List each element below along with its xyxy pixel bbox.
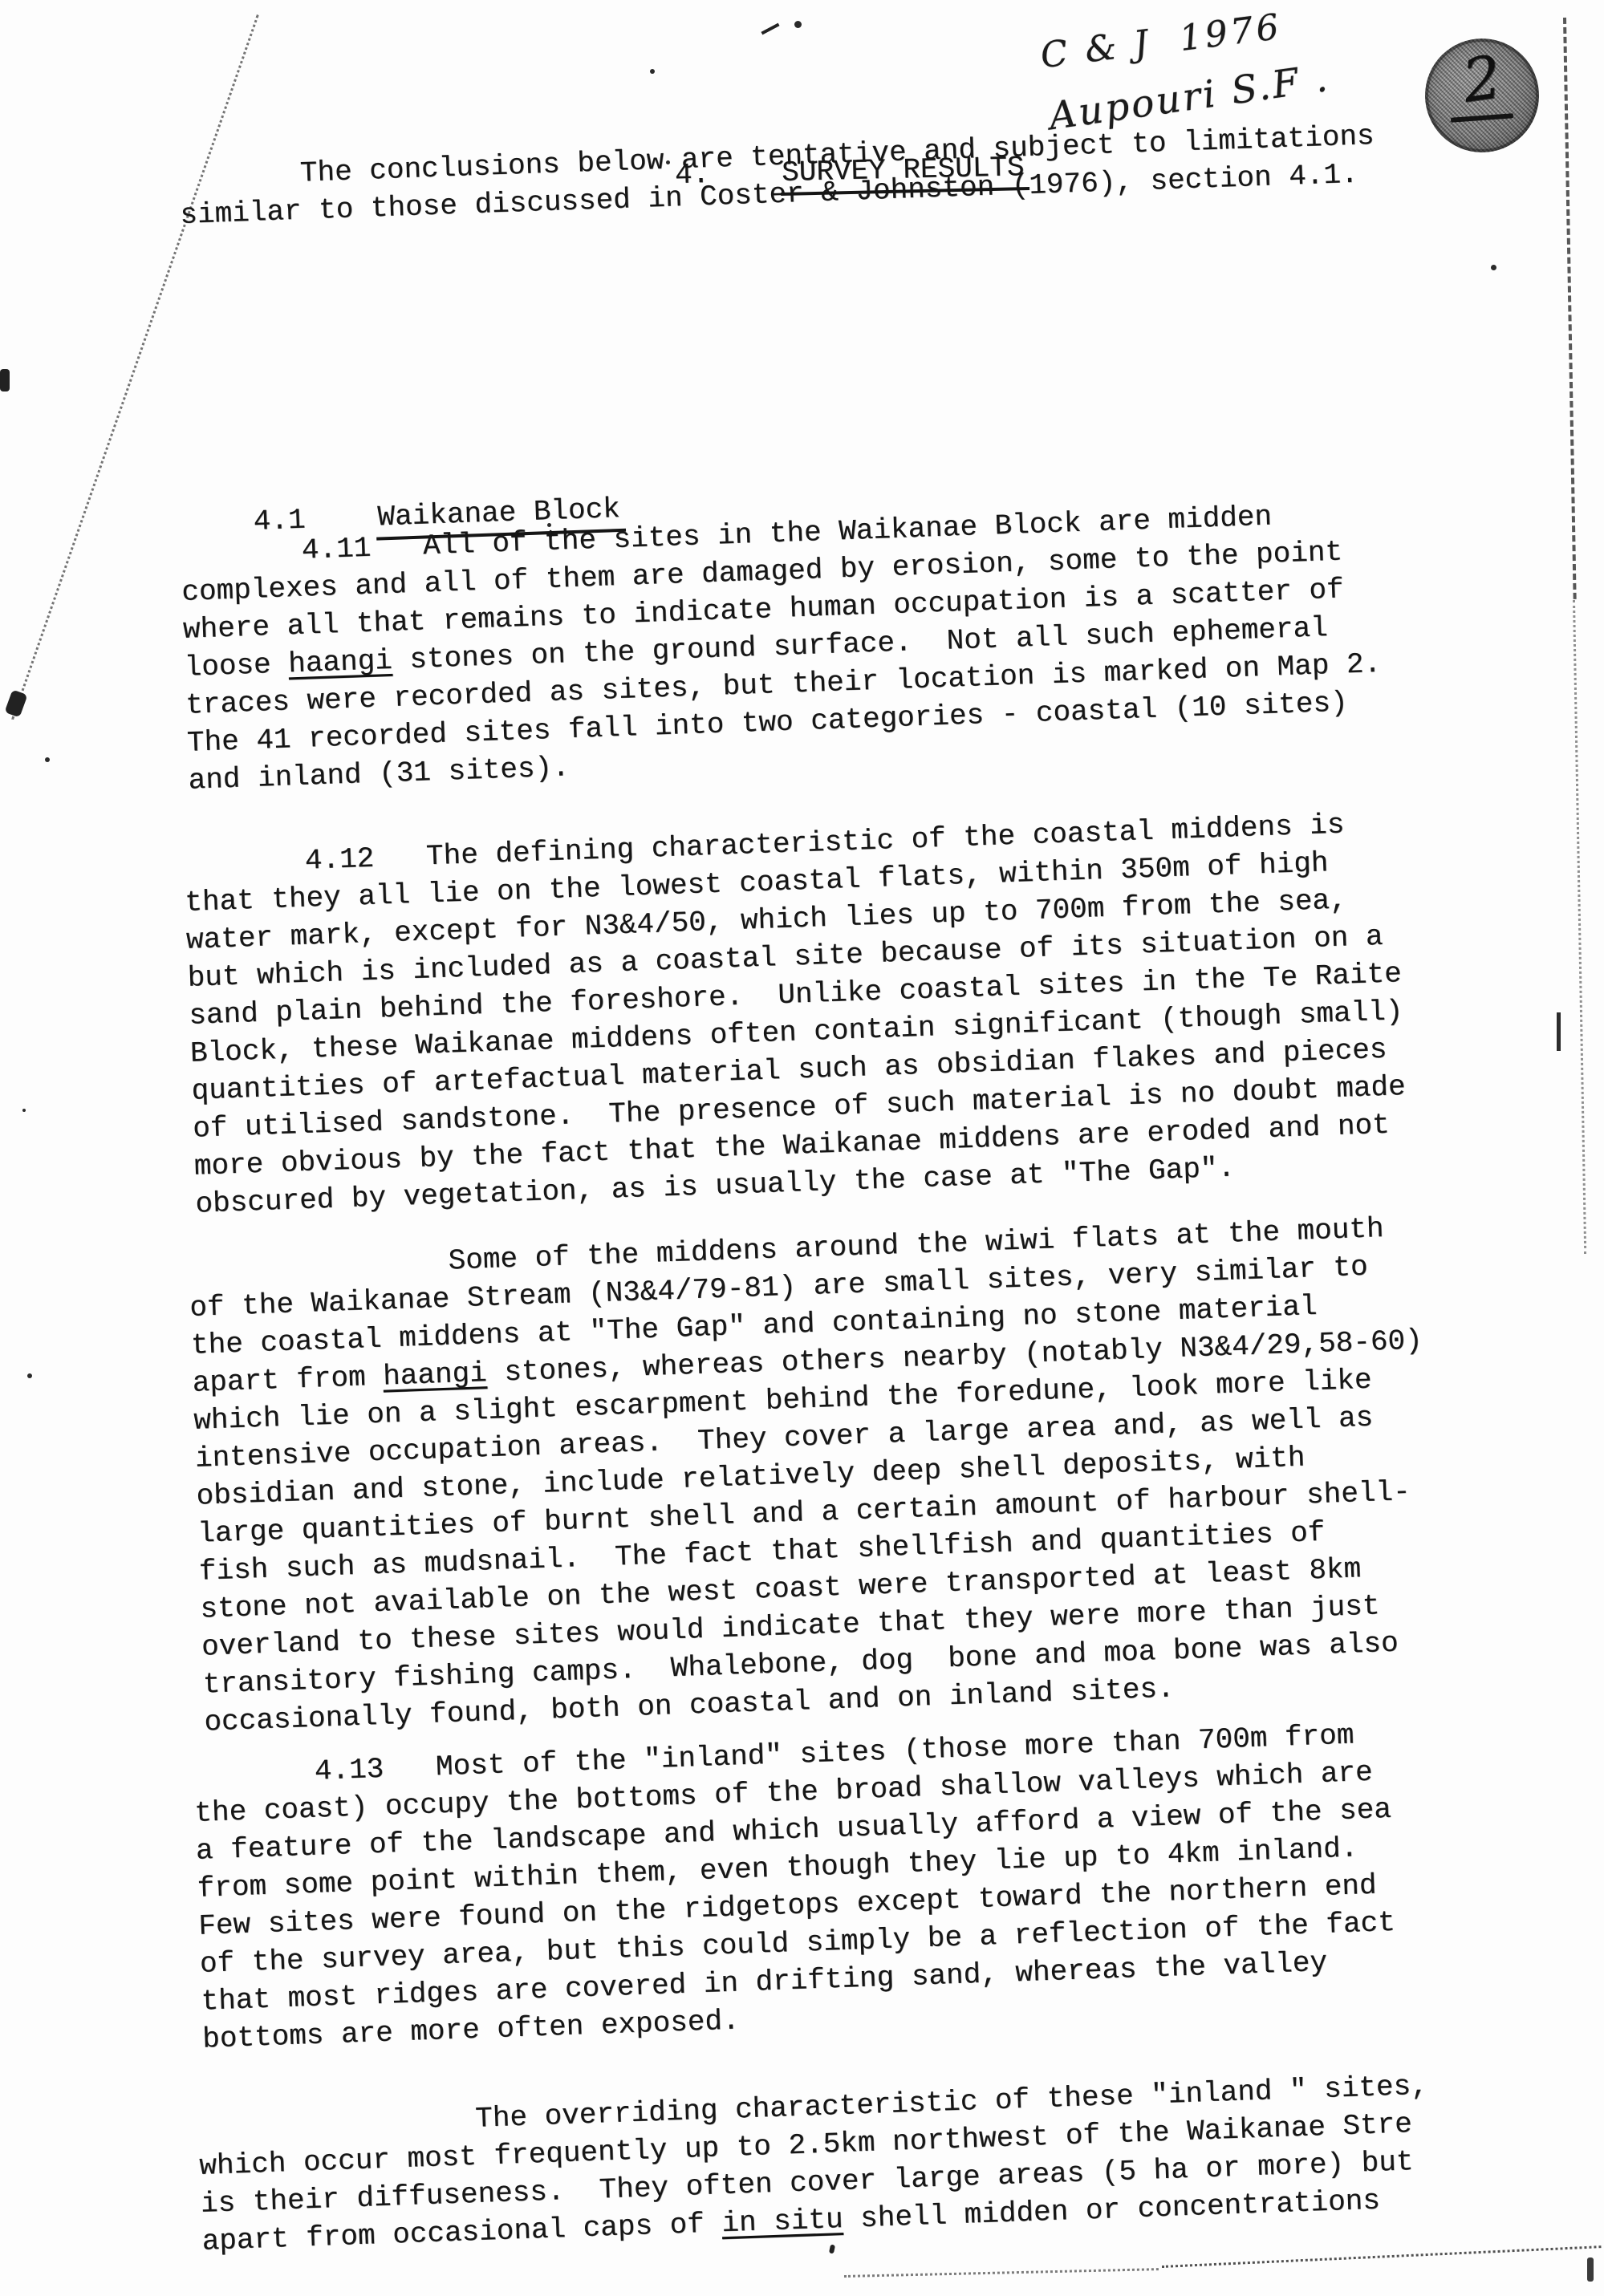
stamp-underline-stroke — [1451, 113, 1513, 122]
scan-speck — [0, 369, 10, 391]
page-number: 2 — [1422, 42, 1543, 116]
handwritten-note-cj-1976: C & J 1976 — [1038, 6, 1284, 76]
scan-speck — [650, 69, 655, 74]
scan-speck — [829, 2244, 835, 2253]
page-number-stamp: 2 — [1425, 39, 1539, 152]
scan-speck — [761, 23, 779, 35]
scan-speck — [45, 757, 50, 762]
page-edge-artifact-top — [1563, 18, 1577, 599]
scanned-document-page: C & J 1976 Aupouri S.F . 2 4.SURVEY RESU… — [0, 0, 1604, 2296]
bottom-scan-line — [844, 2268, 1159, 2278]
scan-speck — [22, 1109, 26, 1112]
scan-speck — [1587, 2257, 1594, 2282]
bottom-scan-line — [1162, 2245, 1602, 2268]
paragraph-wiwi-flats: Some of the middens around the wiwi flat… — [188, 1208, 1435, 1741]
paragraph-4-13: 4.13 Most of the "inland" sites (those m… — [193, 1715, 1399, 2059]
paragraph-overriding: The overriding characteristic of these "… — [197, 2067, 1432, 2260]
scan-speck — [27, 1373, 32, 1378]
scan-speck — [4, 689, 27, 717]
scan-speck — [794, 21, 802, 28]
page-edge-dash — [1557, 1012, 1561, 1051]
paragraph-4-12: 4.12 The defining characteristic of the … — [183, 804, 1409, 1223]
paragraph-4-11: 4.11 All of the sites in the Waikanae Bl… — [180, 494, 1384, 800]
scan-speck — [1491, 265, 1496, 270]
page-edge-artifact-bottom — [1573, 600, 1586, 1254]
